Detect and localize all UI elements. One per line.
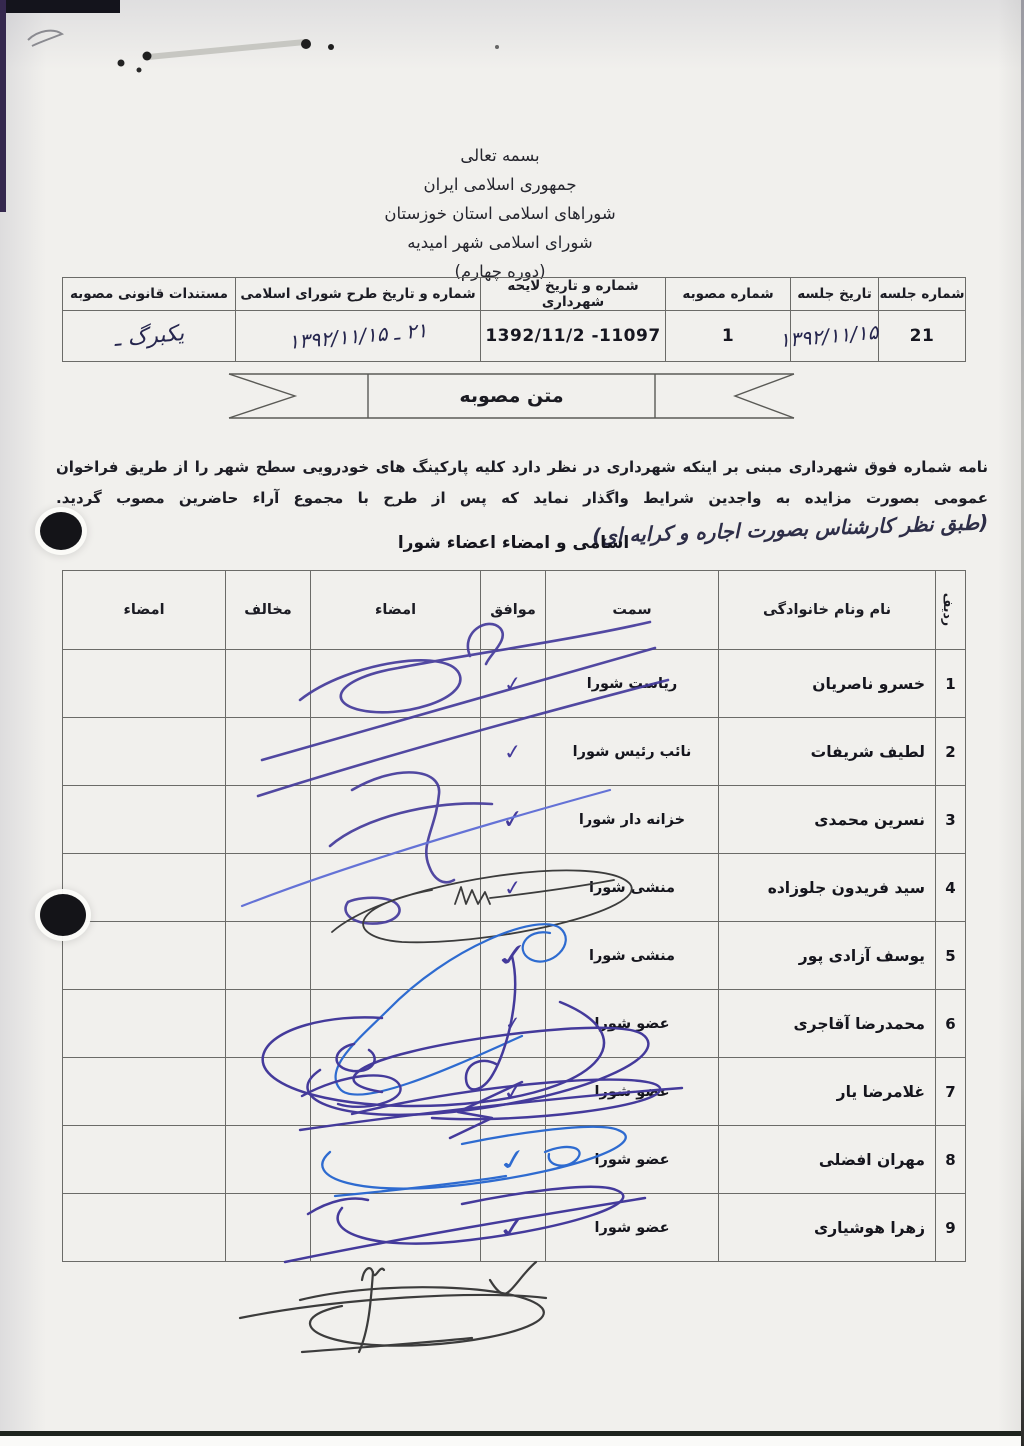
- member-signature-agree-cell: [311, 786, 481, 854]
- agree-checkmark: ✓: [503, 739, 523, 765]
- member-signature-oppose-cell: [63, 786, 226, 854]
- meta-value-session-no: 21: [879, 311, 966, 362]
- members-header-agree: موافق: [481, 571, 546, 650]
- member-position: عضو شورا: [546, 1126, 719, 1194]
- member-row: 5 یوسف آزادی پور منشی شورا ✓: [63, 922, 966, 990]
- member-name: محمدرضا آقاجری: [719, 990, 936, 1058]
- letterhead-line-basmala: بسمه تعالی: [0, 141, 1000, 170]
- member-oppose-cell: [226, 990, 311, 1058]
- member-row: 8 مهران افضلی عضو شورا ✓: [63, 1126, 966, 1194]
- member-agree-cell: ✓: [481, 786, 546, 854]
- members-header-row-no: ردیف: [936, 571, 966, 650]
- member-agree-cell: ✓: [481, 922, 546, 990]
- member-oppose-cell: [226, 1058, 311, 1126]
- meta-header-plan-no-date: شماره و تاریخ طرح شورای اسلامی: [236, 278, 481, 311]
- letterhead-line-city-council: شورای اسلامی شهر امیدیه: [0, 228, 1000, 257]
- member-row: 6 محمدرضا آقاجری عضو شورا ✓: [63, 990, 966, 1058]
- member-signature-oppose-cell: [63, 650, 226, 718]
- letterhead-line-province-councils: شوراهای اسلامی استان خوزستان: [0, 199, 1000, 228]
- member-name: نسرین محمدی: [719, 786, 936, 854]
- meta-header-session-date: تاریخ جلسه: [791, 278, 879, 311]
- resolution-typed-text: نامه شماره فوق شهرداری مبنی بر اینکه شهر…: [56, 458, 988, 507]
- meta-header-session-no: شماره جلسه: [879, 278, 966, 311]
- member-signature-oppose-cell: [63, 922, 226, 990]
- member-agree-cell: ✓: [481, 1058, 546, 1126]
- member-signature-agree-cell: [311, 990, 481, 1058]
- member-signature-agree-cell: [311, 718, 481, 786]
- member-agree-cell: ✓: [481, 718, 546, 786]
- member-row-no: 9: [936, 1194, 966, 1262]
- member-name: مهران افضلی: [719, 1126, 936, 1194]
- punch-hole-top: [40, 512, 82, 550]
- members-header-oppose: مخالف: [226, 571, 311, 650]
- member-name: خسرو ناصریان: [719, 650, 936, 718]
- member-row: 4 سید فریدون جلوزاده منشی شورا ✓: [63, 854, 966, 922]
- letterhead: بسمه تعالی جمهوری اسلامی ایران شوراهای ا…: [0, 141, 1000, 286]
- member-position: نائب رئیس شورا: [546, 718, 719, 786]
- meta-value-row: 21 ۱۳۹۲/۱۱/۱۵ 1 1392/11/2 -11097 ۲۱ ـ ۱۳…: [63, 311, 966, 362]
- member-row-no: 3: [936, 786, 966, 854]
- meta-value-plan-no-date: ۲۱ ـ ۱۳۹۲/۱۱/۱۵: [236, 311, 481, 362]
- members-signature-table: ردیف نام ونام خانوادگی سمت موافق امضاء م…: [62, 570, 966, 1262]
- member-position: ریاست شورا: [546, 650, 719, 718]
- member-row: 1 خسرو ناصریان ریاست شورا ✓: [63, 650, 966, 718]
- member-oppose-cell: [226, 786, 311, 854]
- member-row-no: 1: [936, 650, 966, 718]
- member-signature-oppose-cell: [63, 854, 226, 922]
- member-name: یوسف آزادی پور: [719, 922, 936, 990]
- members-header-signature-oppose: امضاء: [63, 571, 226, 650]
- member-name: غلامرضا یار: [719, 1058, 936, 1126]
- member-signature-oppose-cell: [63, 1194, 226, 1262]
- member-signature-agree-cell: [311, 1058, 481, 1126]
- member-signature-oppose-cell: [63, 1058, 226, 1126]
- member-agree-cell: ✓: [481, 854, 546, 922]
- member-position: عضو شورا: [546, 1058, 719, 1126]
- member-position: خزانه دار شورا: [546, 786, 719, 854]
- agree-checkmark: ✓: [503, 875, 523, 901]
- member-row-no: 6: [936, 990, 966, 1058]
- member-signature-oppose-cell: [63, 1126, 226, 1194]
- member-row-no: 4: [936, 854, 966, 922]
- member-signature-agree-cell: [311, 1126, 481, 1194]
- member-position: عضو شورا: [546, 990, 719, 1058]
- meta-header-legal-docs: مستندات قانونی مصوبه: [63, 278, 236, 311]
- agree-checkmark: ✓: [503, 671, 523, 697]
- members-header-row: ردیف نام ونام خانوادگی سمت موافق امضاء م…: [63, 571, 966, 650]
- member-row-no: 8: [936, 1126, 966, 1194]
- meta-value-resolution-no: 1: [666, 311, 791, 362]
- member-position: منشی شورا: [546, 854, 719, 922]
- meta-value-legal-docs: یکبرگ ـ: [63, 311, 236, 362]
- member-signature-oppose-cell: [63, 990, 226, 1058]
- letterhead-line-republic: جمهوری اسلامی ایران: [0, 170, 1000, 199]
- resolution-banner-title: متن مصوبه: [368, 373, 655, 418]
- agree-checkmark: ✓: [504, 1012, 522, 1036]
- agree-checkmark: ✓: [501, 803, 526, 835]
- member-name: سید فریدون جلوزاده: [719, 854, 936, 922]
- member-oppose-cell: [226, 922, 311, 990]
- member-oppose-cell: [226, 1194, 311, 1262]
- member-signature-agree-cell: [311, 922, 481, 990]
- member-agree-cell: ✓: [481, 1126, 546, 1194]
- member-row-no: 5: [936, 922, 966, 990]
- member-row-no: 2: [936, 718, 966, 786]
- members-header-name: نام ونام خانوادگی: [719, 571, 936, 650]
- member-oppose-cell: [226, 1126, 311, 1194]
- member-signature-agree-cell: [311, 1194, 481, 1262]
- members-section-title: اسامی و امضاء اعضاء شورا: [62, 533, 965, 553]
- meta-header-bill-no-date: شماره و تاریخ لایحه شهرداری: [481, 278, 666, 311]
- member-row: 2 لطیف شریفات نائب رئیس شورا ✓: [63, 718, 966, 786]
- member-row: 9 زهرا هوشیاری عضو شورا ✓: [63, 1194, 966, 1262]
- member-signature-oppose-cell: [63, 718, 226, 786]
- member-name: زهرا هوشیاری: [719, 1194, 936, 1262]
- member-row: 3 نسرین محمدی خزانه دار شورا ✓: [63, 786, 966, 854]
- punch-hole-bottom: [40, 894, 86, 936]
- signature-below-table: [240, 1262, 546, 1352]
- meta-value-bill-no-date: 1392/11/2 -11097: [481, 311, 666, 362]
- scanned-document-page: بسمه تعالی جمهوری اسلامی ایران شوراهای ا…: [0, 0, 1024, 1446]
- scan-edge-below: [0, 1436, 1024, 1446]
- member-position: منشی شورا: [546, 922, 719, 990]
- member-agree-cell: ✓: [481, 1194, 546, 1262]
- agree-checkmark: ✓: [501, 1076, 525, 1107]
- member-agree-cell: ✓: [481, 990, 546, 1058]
- member-oppose-cell: [226, 854, 311, 922]
- members-header-signature-agree: امضاء: [311, 571, 481, 650]
- meta-header-resolution-no: شماره مصوبه: [666, 278, 791, 311]
- member-name: لطیف شریفات: [719, 718, 936, 786]
- member-agree-cell: ✓: [481, 650, 546, 718]
- agree-checkmark: ✓: [495, 1209, 531, 1247]
- member-signature-agree-cell: [311, 650, 481, 718]
- scan-edge-top-left: [0, 0, 120, 13]
- meta-value-session-date: ۱۳۹۲/۱۱/۱۵: [791, 311, 879, 362]
- member-signature-agree-cell: [311, 854, 481, 922]
- meta-header-row: شماره جلسه تاریخ جلسه شماره مصوبه شماره …: [63, 278, 966, 311]
- member-oppose-cell: [226, 718, 311, 786]
- agree-checkmark: ✓: [493, 1141, 533, 1178]
- staple-mark-artifact: [0, 0, 1024, 120]
- member-row: 7 غلامرضا یار عضو شورا ✓: [63, 1058, 966, 1126]
- agree-checkmark: ✓: [491, 936, 535, 975]
- members-header-position: سمت: [546, 571, 719, 650]
- member-oppose-cell: [226, 650, 311, 718]
- member-row-no: 7: [936, 1058, 966, 1126]
- resolution-meta-table: شماره جلسه تاریخ جلسه شماره مصوبه شماره …: [62, 277, 966, 362]
- member-position: عضو شورا: [546, 1194, 719, 1262]
